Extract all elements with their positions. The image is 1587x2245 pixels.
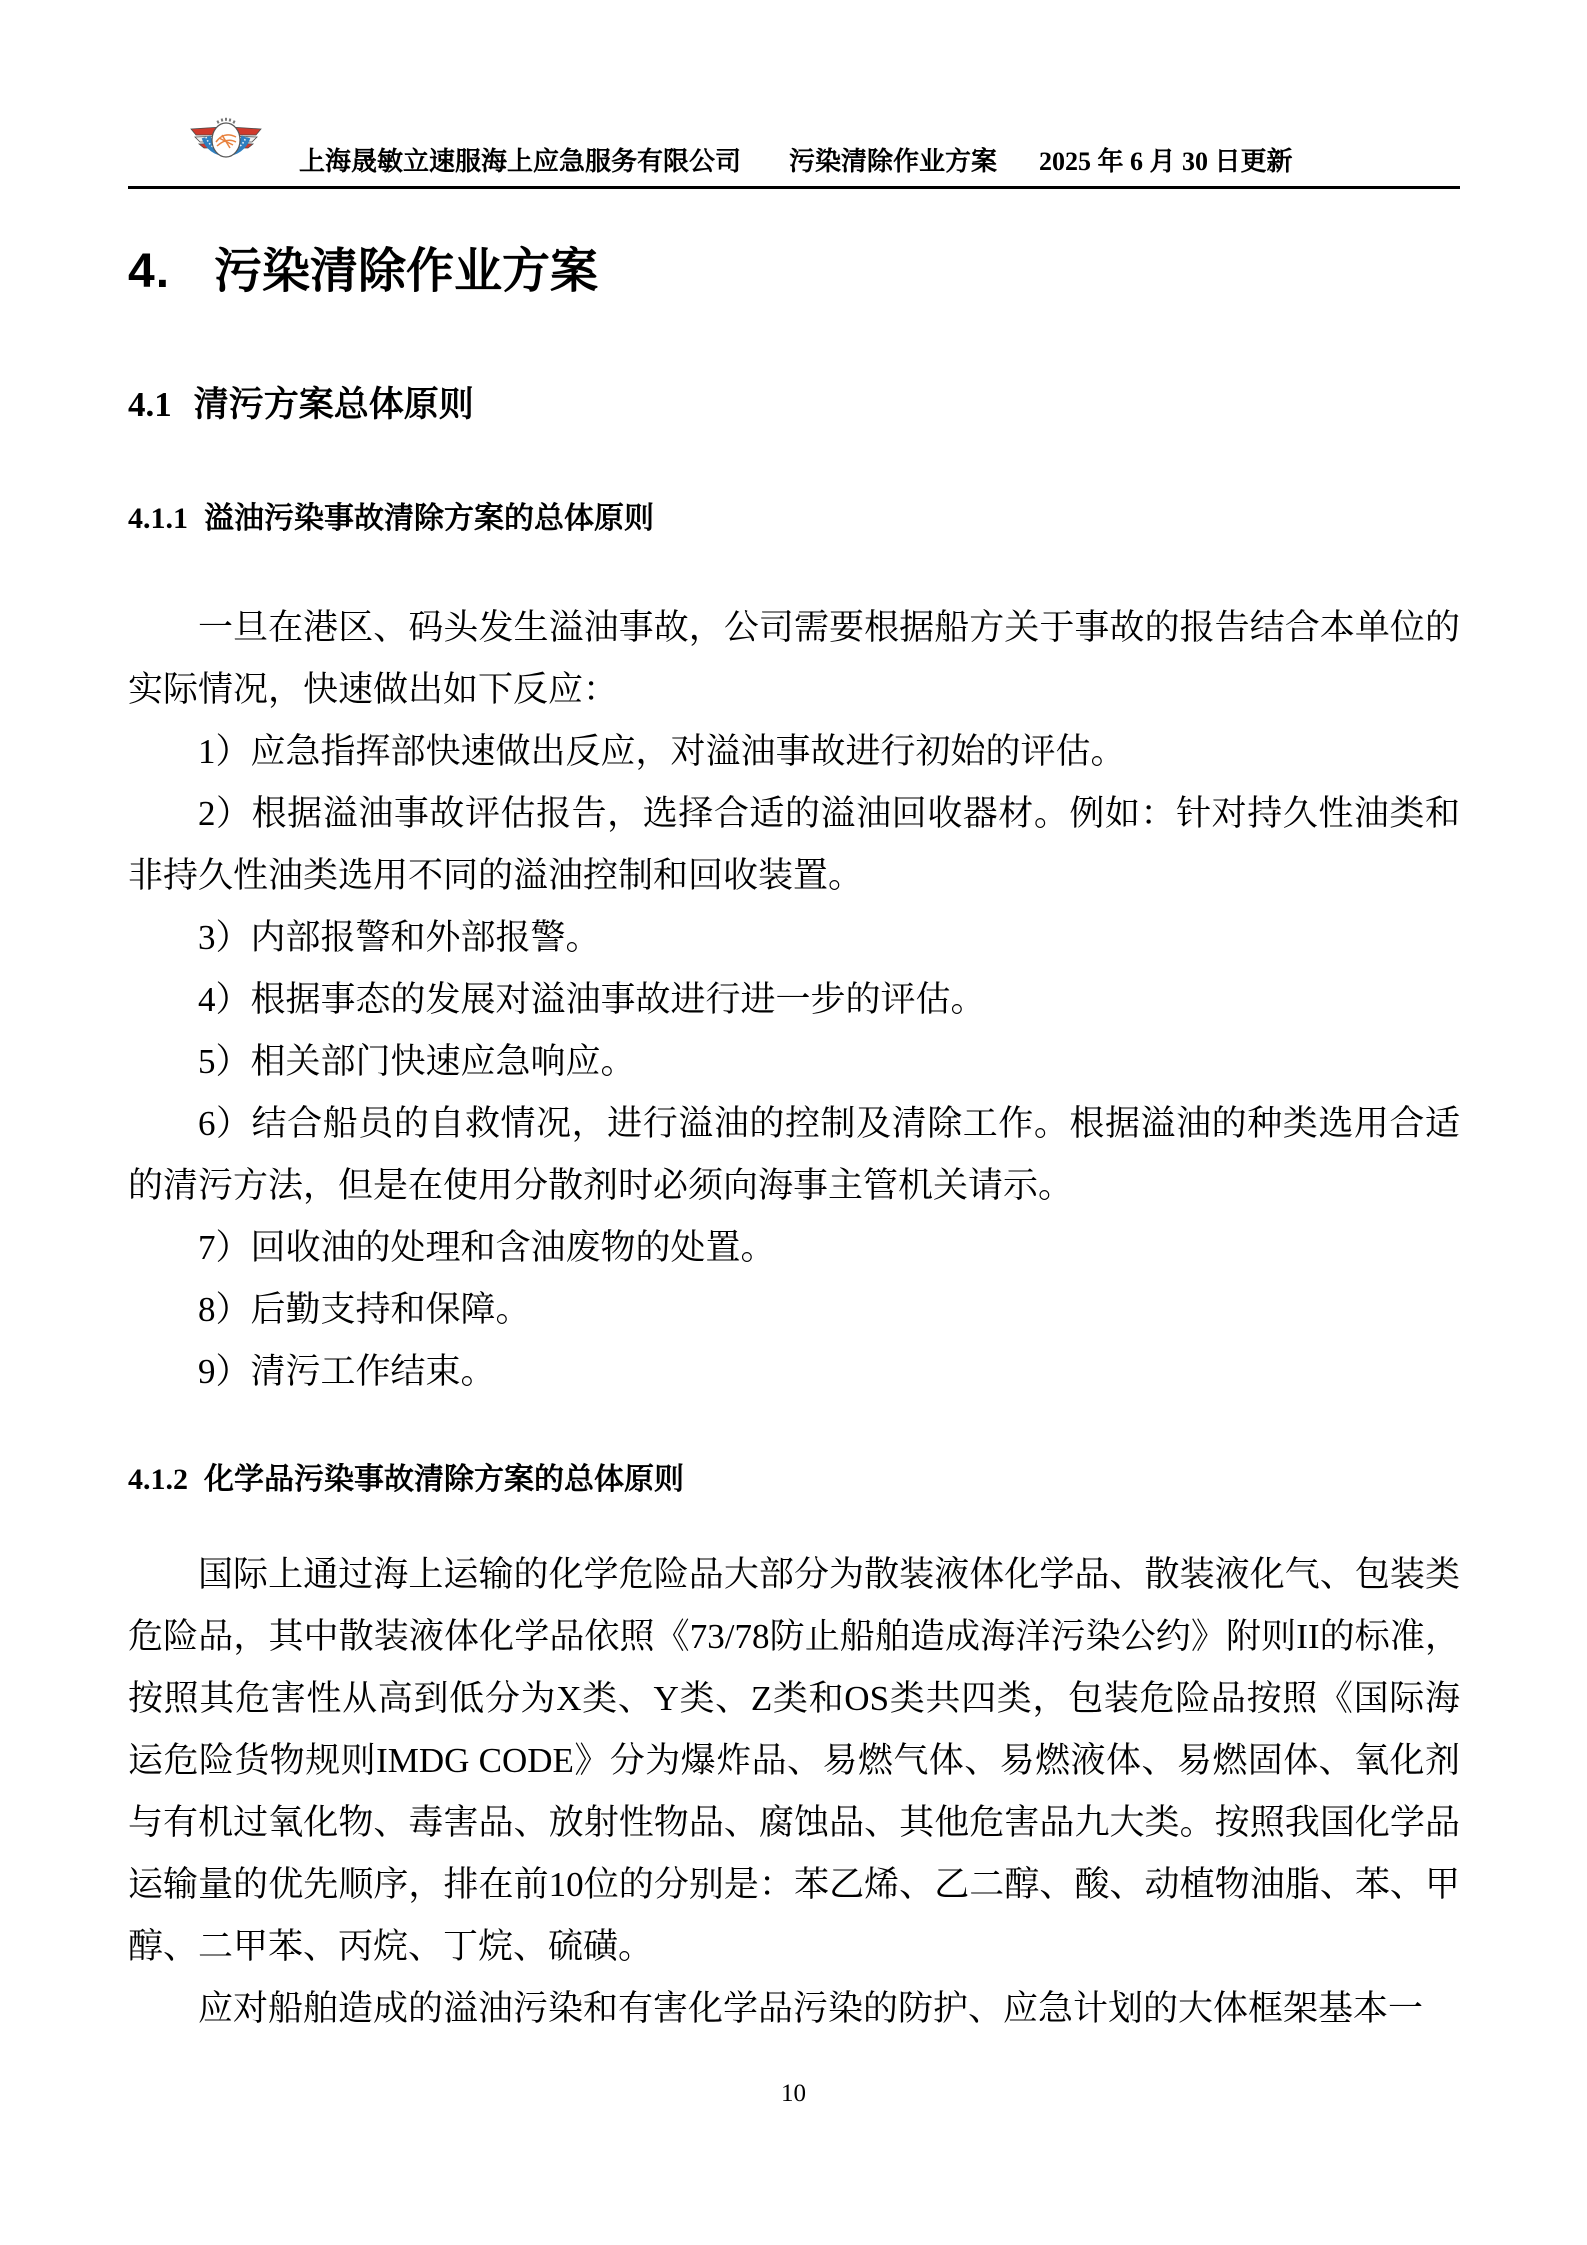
header-company-name: 上海晟敏立速服海上应急服务有限公司: [299, 147, 741, 176]
section-4-1-title: 清污方案总体原则: [194, 385, 474, 424]
section-4-1-heading: 4.1清污方案总体原则: [128, 382, 474, 428]
paragraph: 应对船舶造成的溢油污染和有害化学品污染的防护、应急计划的大体框架基本一: [128, 1978, 1460, 2040]
list-item: 9）清污工作结束。: [128, 1341, 1460, 1403]
header-updated-date: 2025 年 6 月 30 日更新: [1039, 147, 1293, 176]
paragraph: 国际上通过海上运输的化学危险品大部分为散装液体化学品、散装液化气、包装类危险品，…: [128, 1544, 1460, 1978]
list-item: 6）结合船员的自救情况，进行溢油的控制及清除工作。根据溢油的种类选用合适的清污方…: [128, 1093, 1460, 1217]
section-4-1-2-body: 国际上通过海上运输的化学危险品大部分为散装液体化学品、散装液化气、包装类危险品，…: [128, 1544, 1460, 2040]
list-item: 2）根据溢油事故评估报告，选择合适的溢油回收器材。例如：针对持久性油类和非持久性…: [128, 783, 1460, 907]
company-logo-icon: [188, 114, 264, 176]
list-item: 3）内部报警和外部报警。: [128, 907, 1460, 969]
section-4-1-1-title: 溢油污染事故清除方案的总体原则: [204, 502, 654, 535]
section-4-1-1-body: 一旦在港区、码头发生溢油事故，公司需要根据船方关于事故的报告结合本单位的实际情况…: [128, 597, 1460, 1403]
section-4-1-1-heading: 4.1.1溢油污染事故清除方案的总体原则: [128, 499, 654, 539]
document-page: 上海晟敏立速服海上应急服务有限公司污染清除作业方案2025 年 6 月 30 日…: [0, 0, 1587, 2245]
section-4-1-number: 4.1: [128, 385, 172, 424]
section-4-1-2-number: 4.1.2: [128, 1463, 188, 1496]
page-number: 10: [0, 2080, 1587, 2108]
header-doc-title: 污染清除作业方案: [789, 147, 997, 176]
paragraph: 一旦在港区、码头发生溢油事故，公司需要根据船方关于事故的报告结合本单位的实际情况…: [128, 597, 1460, 721]
chapter-title: 4.污染清除作业方案: [128, 242, 598, 302]
section-4-1-2-heading: 4.1.2化学品污染事故清除方案的总体原则: [128, 1460, 684, 1500]
list-item: 5）相关部门快速应急响应。: [128, 1031, 1460, 1093]
list-item: 8）后勤支持和保障。: [128, 1279, 1460, 1341]
list-item: 4）根据事态的发展对溢油事故进行进一步的评估。: [128, 969, 1460, 1031]
list-item: 1）应急指挥部快速做出反应，对溢油事故进行初始的评估。: [128, 721, 1460, 783]
header-divider: [128, 186, 1460, 189]
list-item: 7）回收油的处理和含油废物的处置。: [128, 1217, 1460, 1279]
chapter-number: 4.: [128, 245, 170, 298]
chapter-title-text: 污染清除作业方案: [214, 245, 598, 298]
section-4-1-1-number: 4.1.1: [128, 502, 188, 535]
page-header: 上海晟敏立速服海上应急服务有限公司污染清除作业方案2025 年 6 月 30 日…: [299, 144, 1293, 180]
section-4-1-2-title: 化学品污染事故清除方案的总体原则: [204, 1463, 684, 1496]
